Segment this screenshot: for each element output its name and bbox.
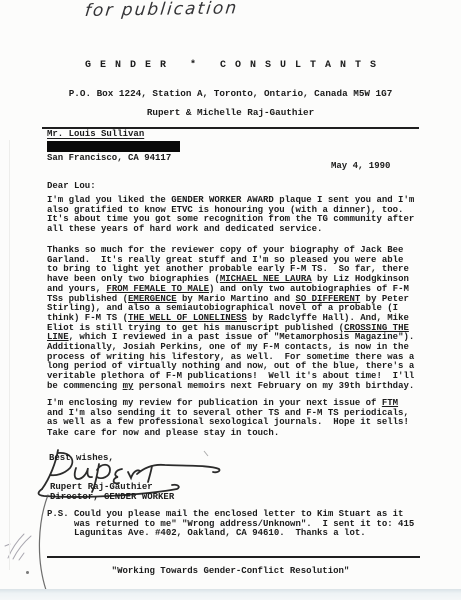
scanned-letter-page: for publication GENDER * CONSULTANTS P.O… (0, 0, 461, 600)
scan-edge-line (9, 140, 10, 570)
signature-title: Director, GENDER WORKER (50, 493, 174, 503)
letterhead-address: P.O. Box 1224, Station A, Toronto, Ontar… (0, 89, 461, 99)
footer-slogan: "Working Towards Gender-Conflict Resolut… (0, 567, 461, 577)
recipient-city: San Francisco, CA 94117 (47, 154, 171, 164)
paragraph-4: Take care for now and please stay in tou… (47, 429, 279, 439)
letterhead-org-name: GENDER * CONSULTANTS (0, 61, 461, 71)
paragraph-3: I'm enclosing my review for publication … (47, 399, 409, 428)
salutation: Dear Lou: (47, 182, 96, 192)
typed-line: be commencing my personal memoirs next F… (47, 382, 414, 392)
handwritten-note: for publication (84, 0, 239, 21)
scan-edge-band (0, 589, 461, 600)
typed-line: Take care for now and please stay in tou… (47, 429, 279, 439)
typed-line: as well as a few professional sexologica… (47, 418, 409, 428)
letter-date: May 4, 1990 (331, 162, 390, 172)
recipient-name: Mr. Louis Sullivan (47, 130, 144, 140)
letterhead-names: Rupert & Michelle Raj-Gauthier (0, 108, 461, 118)
typed-line: Lagunitas Ave. #402, Oakland, CA 94610. … (47, 529, 414, 539)
redaction-bar (47, 141, 180, 152)
paragraph-2: Thanks so much for the reviewer copy of … (47, 246, 414, 392)
footer-divider (47, 556, 420, 558)
postscript: P.S. Could you please mail the enclosed … (47, 510, 414, 539)
paragraph-1: I'm glad you liked the GENDER WORKER AWA… (47, 196, 414, 235)
typed-line: all these years of hard work and dedicat… (47, 225, 414, 235)
